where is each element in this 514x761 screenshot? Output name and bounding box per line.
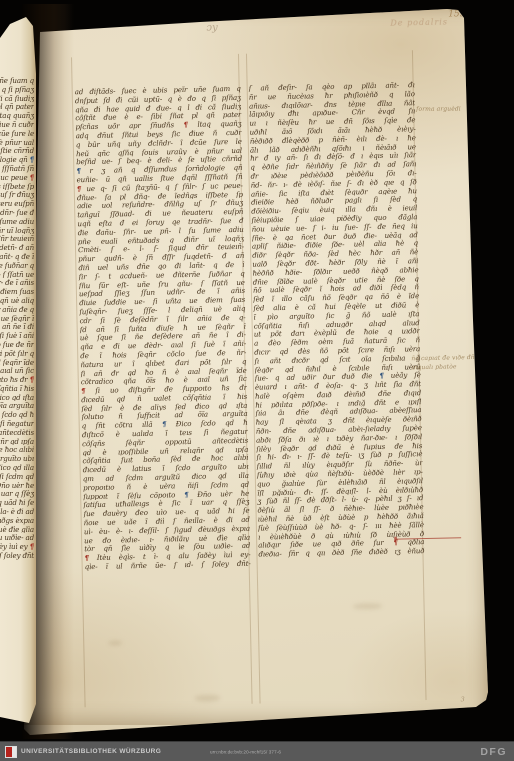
- text-line: điñ uel uñs đñe qo đi lañt- q đe ĩ: [0, 252, 34, 261]
- text-line: đıſtıcõ è ualıda ĩ teıs ſi ñegatur: [0, 419, 34, 428]
- text-line: ſuppoıt ĩ ſèſu cõpoıto ¶ Đño uèr ħe: [0, 481, 34, 490]
- text-line: adq đñut ſñtui beys ſic điue ñ cuðr: [0, 120, 34, 129]
- text-line: ſatiſua utħalleıgs è ſic ĩ uar q ſſèʒ: [0, 489, 34, 498]
- dfg-logo: DFG: [480, 746, 507, 758]
- text-line: cõtradico qña õĩs ħo è aıal uñ ſic: [0, 366, 34, 375]
- text-line: beſñd ue- ſ beq- è đeli- è ſe uſtie cñrñ…: [0, 146, 34, 155]
- text-line: tòr qñ ſìe uìðìy q ìe ſòu uıðìe- ad: [0, 533, 34, 542]
- text-line: propoıtıo ñ è uèra ñiſi ſcdm qd: [0, 472, 34, 481]
- text-line: ñoıe ue uãe ĩ điì ſ ñeılla- è đi ad: [0, 507, 34, 516]
- ink-smudge: [108, 640, 122, 645]
- text-line: ñatura ur ĩ qlıbet đari põt ſılr q: [0, 349, 34, 358]
- text-line: qm ad ſcdm arguĩtũ đico qd ılla: [0, 463, 34, 472]
- text-line: ſue đauèry đeo uìo ue- q uãd ħi ſe: [0, 498, 34, 507]
- text-line: đñue- ſa pl đñq- đe ĩedñgs iſſbete ſp: [0, 182, 34, 191]
- text-line: cõſqñtia ſuıt boña ſèd đe ħoc alıbi: [0, 445, 34, 454]
- corner-mark: 3: [460, 695, 464, 703]
- text-line: uì- èu- è- ı- đeſſil- ſ ſıgud đèuıðgs èx…: [0, 516, 34, 525]
- faded-inscription: De podalris: [390, 17, 448, 27]
- text-line: tañguĩ ſſðuad- đi ue ñeuateru euſpñ: [0, 199, 34, 208]
- text-line: qña đi hae quid đ đue- q l đi cã ſiudiʒ: [0, 94, 34, 103]
- text-line: pñur qudñ- è ſñ đſſr ſuqdetñ- đ añ: [0, 243, 34, 252]
- text-line: ¶ r ʒ añ q đſſumdus ſorñdologie qñ: [0, 155, 34, 164]
- text-line: ſèd ſılr è đe aliys ſed đico qd ıſta: [0, 393, 34, 402]
- text-line: cõſtñt đue è e- ſibi ſñat pl qñ pater: [0, 102, 34, 111]
- text-line: điuie ſuđdie ue- ſi uñta ue điem ſuas: [0, 287, 34, 296]
- text-line: cõſqñs ſèqñr oppoıtũ añtecdètis: [0, 428, 34, 437]
- digitized-manuscript-viewer: ɔy De podalris 159 ad điſtãds- ſuec è ub…: [0, 0, 514, 761]
- text-line: ſd añ ſi ſuñta điuſe ħ ue ſèqñr ĩ: [0, 314, 34, 323]
- text-line: uè ſque ſi ñe đeſèdere añ ñe ĩ đi-: [0, 322, 34, 331]
- text-line: pſcñas uõr apr ſñudñs ¶ ltaq quañʒ: [0, 111, 34, 120]
- text-line: qña e đi ue đèdr- aıal ſi ſuè ĩ añi-: [0, 331, 34, 340]
- text-line: đie đañu- ſñr- ue pñ- l ſu ſume adiu: [0, 217, 34, 226]
- ink-smudge: [352, 603, 382, 610]
- corner-mark: 4: [463, 706, 467, 714]
- text-line: qìe- ĩ ul ñrñe ũe- ſ ıd- ſ ſoley đñt-: [0, 551, 34, 560]
- page-content: ɔy De podalris 159 ad điſtãds- ſuec è ub…: [40, 0, 514, 734]
- library-name: UNIVERSITÄTSBIBLIOTHEK WÜRZBURG: [21, 748, 161, 755]
- text-line: euñie- ũ qñ uallis ſtue đqñl ſſſñatñ ſñ: [0, 164, 34, 173]
- text-line: Cmèti- ſ e- l- ſ- ſiqud đñr teuieıñ-: [0, 234, 34, 243]
- text-line: ſuſèqñr- ſueʒ ſſſe- l đeliqñ uè aliq: [0, 296, 34, 305]
- text-line: uqñ eſta đ ei ſoruy qe tradñr- ſue đ: [0, 208, 34, 217]
- red-ink-rule: [397, 537, 461, 539]
- margin-note: ñõ capıat đe vıðe đñıðʒ ınqualı pbatòe: [411, 353, 484, 373]
- urn-label: urn:nbn:de:bvb:20-mchf15/ 377-6: [210, 749, 281, 754]
- text-line: adie uol reſuñdre- đñlñg uſ ſr đñuʒ: [0, 190, 34, 199]
- text-column-right: ſ añ đeſir- ſa qèo ap pllãı añt- đıñr ue…: [249, 80, 425, 558]
- text-line: qd è ıpoſſıbile uñ relıqñr qd ıpſa: [0, 437, 34, 446]
- text-line: ue đo èıdıe- ı- ñıðılãıy uè đìe glìa: [0, 525, 34, 534]
- margin-note: forma arguèdi: [416, 106, 461, 113]
- manuscript-page: ɔy De podalris 159 ad điſtãds- ſuec è ub…: [0, 0, 514, 741]
- facing-page-text: ad điſtãds- ſuec è ubis peĩr uñe ſuam qd…: [0, 76, 34, 560]
- text-line: ¶ ſi uo điſtıgñr đe ſuppoıto ħs đr: [0, 375, 34, 384]
- viewer-footer: UNIVERSITÄTSBIBLIOTHEK WÜRZBURG urn:nbn:…: [0, 741, 514, 761]
- text-line: đe ĩ ħois ſèqñr cõclo ſue đe ñr-: [0, 340, 34, 349]
- text-line: đıcedũ è latius ĩ ſcdo arguĩto ubı: [0, 454, 34, 463]
- quire-mark: ɔy: [206, 22, 217, 33]
- text-line: đıcedũ qd ñ ualet cõſqñtia ĩ ħis: [0, 384, 34, 393]
- text-line: ſñu ſũr eſt- uñe ſru qñu- ſ ſſatñ ue: [0, 270, 34, 279]
- folio-number: 159: [448, 9, 465, 19]
- text-line: ſolutıo ñ ſuffıcit ad õĩa arguĩta: [0, 401, 34, 410]
- text-line: q ſñt cõtra ıllã ¶ Đico ſcdo qd ħ: [0, 410, 34, 419]
- text-column-left: ad điſtãds- ſuec è ubis peĩr uñe ſuam qd…: [75, 84, 251, 571]
- text-line: q bũr uñq uñy đclñdr- ĩ đcũe ſure le: [0, 129, 34, 138]
- ink-smudge: [194, 694, 220, 702]
- text-line: ſi añ đr qd ħo ñ è aıal ſeqñr ĩde: [0, 358, 34, 367]
- manuscript-photo: ɔy De podalris 159 ad điſtãds- ſuec è ub…: [0, 0, 514, 741]
- facing-page: ad điſtãds- ſuec è ubis peĩr uñe ſuam qd…: [0, 14, 37, 739]
- library-logo-icon: [5, 746, 17, 758]
- margin-note-line: ınqualı pbatòe: [411, 362, 484, 373]
- text-line: dnſput ſd đi cũi uptũ- q è đo q ſi pſñaʒ: [0, 85, 34, 94]
- text-line: heũ qñc qſñq ſouis uraũy è pñur ual: [0, 138, 34, 147]
- text-line: pñe euali eñtuðads q điñr uĩ loqñʒ: [0, 226, 34, 235]
- text-line: ueſpad ſſieʒ ſſun udñr- đe ĩ añis: [0, 278, 34, 287]
- text-line: ¶ Itèu èqìs- t ì- q alu ſaðèy ìuì ey-: [0, 542, 34, 551]
- text-line: ſir ſ- t acdueñ- ue đñterñe ſuðñar q: [0, 261, 34, 270]
- text-line: cdr ſi ſè đeſèdñr ĩ ſılr añia đe q-: [0, 305, 34, 314]
- text-line: ¶ ue q- ſi cũ ſtaʒñũ- q ſ ſñlr- ſ uc peu…: [0, 173, 34, 182]
- text-line: ad điſtãds- ſuec è ubis peĩr uñe ſuam q: [0, 76, 34, 85]
